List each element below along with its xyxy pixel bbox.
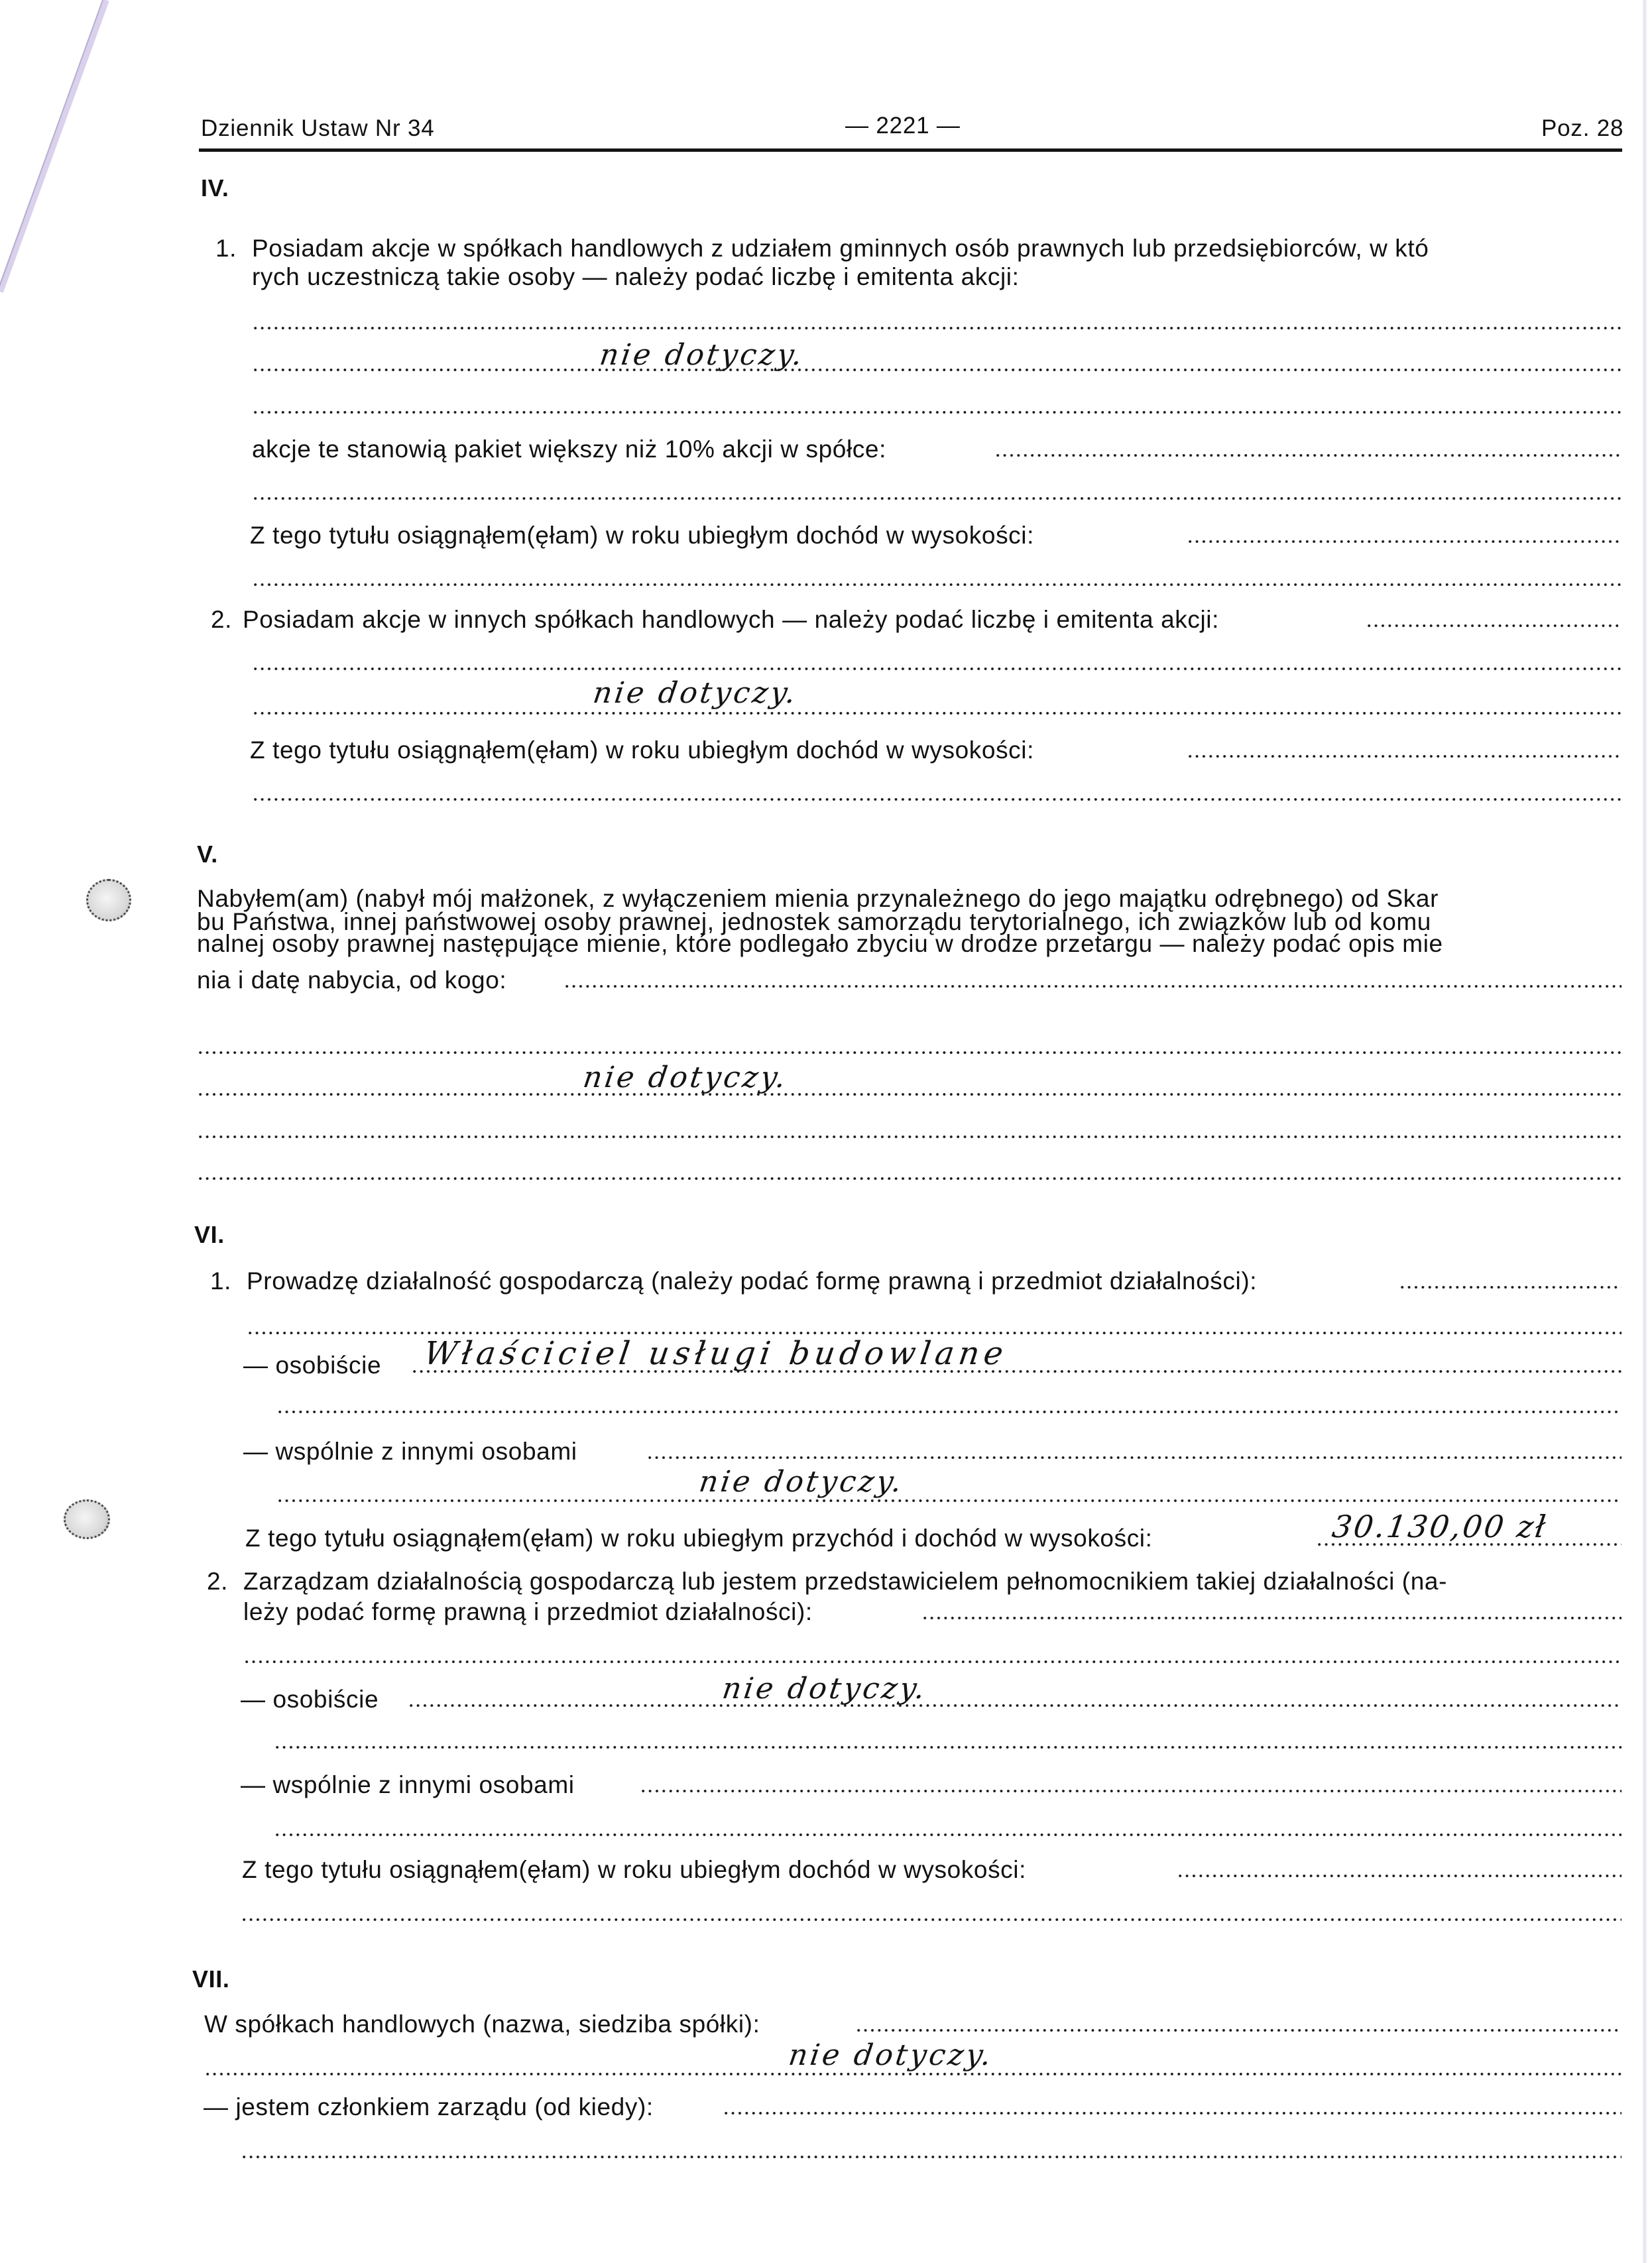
answer-line[interactable] [1399, 1284, 1622, 1291]
question-text: leży podać formę prawną i przedmiot dzia… [243, 1597, 813, 1627]
answer-line[interactable] [994, 452, 1622, 459]
handwritten-answer: nie dotyczy. [581, 1061, 790, 1094]
answer-line[interactable] [276, 1497, 1622, 1504]
field-label: W spółkach handlowych (nazwa, siedziba s… [204, 2010, 760, 2039]
field-label: Z tego tytułu osiągnąłem(ęłam) w roku ub… [250, 736, 1034, 765]
section-iv-title: IV. [201, 174, 229, 203]
field-label: nia i datę nabycia, od kogo: [197, 966, 506, 995]
section-vi-title: VI. [194, 1220, 225, 1249]
handwritten-answer: nie dotyczy. [697, 1465, 906, 1499]
question-text: rych uczestniczą takie osoby — należy po… [252, 262, 1019, 292]
item-number: 2. [207, 1567, 228, 1596]
answer-line[interactable] [563, 983, 1622, 990]
answer-line[interactable] [274, 1744, 1622, 1751]
answer-line[interactable] [646, 1454, 1622, 1461]
answer-line[interactable] [241, 2154, 1622, 2160]
question-text: Posiadam akcje w spółkach handlowych z u… [252, 234, 1622, 263]
item-number: 2. [211, 605, 232, 634]
position-number: Poz. 28 [1541, 114, 1622, 143]
item-number: 1. [210, 1267, 231, 1296]
answer-line[interactable] [252, 495, 1622, 502]
answer-line[interactable] [197, 1049, 1622, 1056]
answer-line[interactable] [1177, 1873, 1622, 1879]
question-text: nalnej osoby prawnej następujące mienie,… [197, 929, 1622, 958]
answer-line[interactable] [241, 1916, 1622, 1923]
punch-hole-icon [86, 879, 131, 921]
answer-line[interactable] [197, 1091, 1622, 1098]
answer-line[interactable] [252, 409, 1622, 416]
answer-line[interactable] [252, 710, 1622, 717]
scanned-form-page: Dziennik Ustaw Nr 34 — 2221 — Poz. 28 IV… [0, 0, 1652, 2263]
answer-line[interactable] [855, 2027, 1622, 2034]
handwritten-answer: nie dotyczy. [597, 338, 807, 372]
punch-hole-icon [64, 1499, 110, 1539]
journal-title: Dziennik Ustaw Nr 34 [201, 114, 435, 143]
answer-line[interactable] [408, 1702, 1622, 1709]
answer-line[interactable] [243, 1658, 1622, 1665]
section-v-title: V. [197, 840, 218, 869]
answer-line[interactable] [640, 1788, 1622, 1794]
answer-line[interactable] [252, 666, 1622, 672]
question-text: Posiadam akcje w innych spółkach handlow… [243, 605, 1219, 634]
handwritten-amount: 30.130,00 zł [1330, 1509, 1549, 1544]
field-label: Z tego tytułu osiągnąłem(ęłam) w roku ub… [250, 521, 1034, 550]
answer-line[interactable] [197, 1133, 1622, 1140]
scan-right-edge [1643, 0, 1647, 2263]
field-label: Z tego tytułu osiągnąłem(ęłam) w roku ub… [242, 1855, 1026, 1885]
field-label: akcje te stanowią pakiet większy niż 10%… [252, 435, 886, 464]
header-rule [199, 148, 1622, 152]
field-label: Z tego tytułu osiągnąłem(ęłam) w roku ub… [245, 1524, 1153, 1553]
answer-line[interactable] [252, 367, 1622, 373]
handwritten-answer: Właściciel usługi budowlane [422, 1335, 1010, 1372]
answer-line[interactable] [252, 325, 1622, 331]
answer-line[interactable] [252, 581, 1622, 588]
answer-line[interactable] [1366, 622, 1622, 629]
answer-line[interactable] [921, 1615, 1622, 1621]
section-vii-title: VII. [192, 1965, 229, 1994]
answer-line[interactable] [1187, 753, 1622, 760]
handwritten-answer: nie dotyczy. [591, 676, 800, 710]
answer-line[interactable] [723, 2110, 1622, 2117]
field-label: — osobiście [243, 1351, 381, 1380]
answer-line[interactable] [1187, 538, 1622, 545]
answer-line[interactable] [274, 1831, 1622, 1838]
handwritten-answer: nie dotyczy. [720, 1672, 929, 1706]
field-label: — osobiście [241, 1685, 379, 1714]
question-text: Prowadzę działalność gospodarczą (należy… [247, 1267, 1257, 1296]
field-label: — wspólnie z innymi osobami [241, 1770, 575, 1800]
page-number: — 2221 — [845, 111, 961, 141]
item-number: 1. [215, 234, 237, 263]
question-text: Zarządzam działalnością gospodarczą lub … [243, 1567, 1622, 1596]
field-label: — jestem członkiem zarządu (od kiedy): [204, 2093, 654, 2122]
answer-line[interactable] [276, 1409, 1622, 1415]
answer-line[interactable] [252, 796, 1622, 803]
scan-margin-streak [0, 0, 133, 305]
handwritten-answer: nie dotyczy. [786, 2038, 996, 2072]
answer-line[interactable] [197, 1175, 1622, 1182]
field-label: — wspólnie z innymi osobami [243, 1437, 577, 1466]
